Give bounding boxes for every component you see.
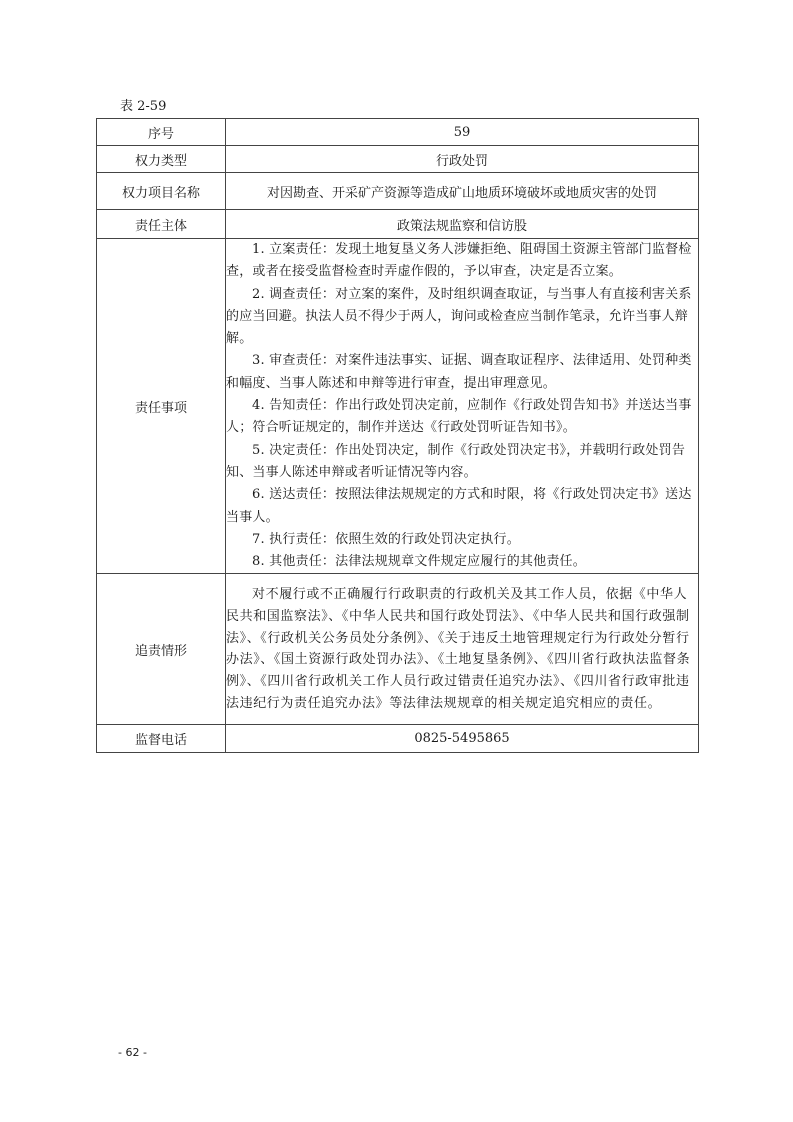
item-name-label: 权力项目名称: [97, 173, 226, 210]
phone-value: 0825-5495865: [226, 725, 699, 753]
table-row-phone: 监督电话 0825-5495865: [97, 725, 699, 753]
responsibility-item: 3. 审查责任：对案件违法事实、证据、调查取证程序、法律适用、处罚种类和幅度、当…: [226, 350, 698, 395]
accountability-label: 追责情形: [97, 574, 226, 725]
accountability-cell: 对不履行或不正确履行行政职责的行政机关及其工作人员，依据《中华人民共和国监察法》…: [226, 574, 699, 725]
table-row-responsible-body: 责任主体 政策法规监察和信访股: [97, 210, 699, 239]
serial-label: 序号: [97, 119, 226, 146]
table-row-responsibilities: 责任事项 1. 立案责任：发现土地复垦义务人涉嫌拒绝、阻碍国土资源主管部门监督检…: [97, 239, 699, 574]
table-row-item-name: 权力项目名称 对因勘查、开采矿产资源等造成矿山地质环境破坏或地质灾害的处罚: [97, 173, 699, 210]
power-type-value: 行政处罚: [226, 146, 699, 173]
serial-value: 59: [226, 119, 699, 146]
responsible-body-value: 政策法规监察和信访股: [226, 210, 699, 239]
responsible-body-label: 责任主体: [97, 210, 226, 239]
responsibility-item: 1. 立案责任：发现土地复垦义务人涉嫌拒绝、阻碍国土资源主管部门监督检查，或者在…: [226, 239, 698, 284]
responsibility-item: 7. 执行责任：依照生效的行政处罚决定执行。: [226, 529, 698, 551]
power-type-label: 权力类型: [97, 146, 226, 173]
table-caption: 表 2-59: [120, 99, 166, 115]
item-name-value: 对因勘查、开采矿产资源等造成矿山地质环境破坏或地质灾害的处罚: [226, 173, 699, 210]
responsibilities-list: 1. 立案责任：发现土地复垦义务人涉嫌拒绝、阻碍国土资源主管部门监督检查，或者在…: [226, 239, 699, 574]
table-row-accountability: 追责情形 对不履行或不正确履行行政职责的行政机关及其工作人员，依据《中华人民共和…: [97, 574, 699, 725]
responsibilities-label: 责任事项: [97, 239, 226, 574]
responsibility-item: 6. 送达责任：按照法律法规规定的方式和时限，将《行政处罚决定书》送达当事人。: [226, 484, 698, 529]
responsibility-item: 2. 调查责任：对立案的案件，及时组织调查取证，与当事人有直接利害关系的应当回避…: [226, 284, 698, 351]
power-item-table: 序号 59 权力类型 行政处罚 权力项目名称 对因勘查、开采矿产资源等造成矿山地…: [96, 118, 699, 753]
responsibility-item: 4. 告知责任：作出行政处罚决定前，应制作《行政处罚告知书》并送达当事人；符合听…: [226, 395, 698, 440]
table-row-serial: 序号 59: [97, 119, 699, 146]
page-number: - 62 -: [118, 1046, 147, 1059]
accountability-text: 对不履行或不正确履行行政职责的行政机关及其工作人员，依据《中华人民共和国监察法》…: [226, 584, 698, 714]
responsibility-item: 8. 其他责任：法律法规规章文件规定应履行的其他责任。: [226, 551, 698, 573]
phone-label: 监督电话: [97, 725, 226, 753]
table-row-power-type: 权力类型 行政处罚: [97, 146, 699, 173]
responsibility-item: 5. 决定责任：作出处罚决定，制作《行政处罚决定书》，并载明行政处罚告知、当事人…: [226, 440, 698, 485]
